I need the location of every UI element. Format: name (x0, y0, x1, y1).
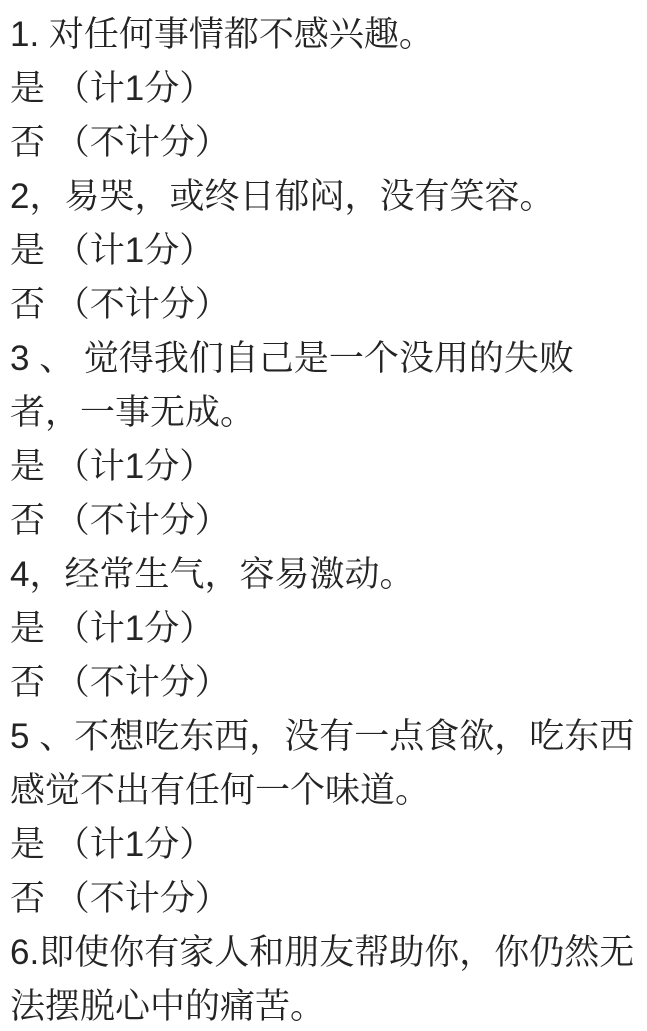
question-5: 5 、不想吃东西，没有一点食欲，吃东西感觉不出有任何一个味道。 是 （计1分） … (10, 710, 637, 926)
question-3-prompt: 3 、 觉得我们自己是一个没用的失败者，一事无成。 (10, 332, 637, 440)
questionnaire-page: 1. 对任何事情都不感兴趣。 是 （计1分） 否 （不计分） 2，易哭，或终日郁… (0, 0, 647, 1031)
question-3-option-no[interactable]: 否 （不计分） (10, 494, 637, 548)
question-5-option-no[interactable]: 否 （不计分） (10, 872, 637, 926)
question-2-prompt: 2，易哭，或终日郁闷，没有笑容。 (10, 170, 637, 224)
question-2-option-no[interactable]: 否 （不计分） (10, 278, 637, 332)
question-4-option-no[interactable]: 否 （不计分） (10, 656, 637, 710)
question-4-prompt: 4，经常生气，容易激动。 (10, 548, 637, 602)
question-3: 3 、 觉得我们自己是一个没用的失败者，一事无成。 是 （计1分） 否 （不计分… (10, 332, 637, 548)
question-4: 4，经常生气，容易激动。 是 （计1分） 否 （不计分） (10, 548, 637, 710)
question-1-option-no[interactable]: 否 （不计分） (10, 116, 637, 170)
question-1: 1. 对任何事情都不感兴趣。 是 （计1分） 否 （不计分） (10, 8, 637, 170)
question-2: 2，易哭，或终日郁闷，没有笑容。 是 （计1分） 否 （不计分） (10, 170, 637, 332)
question-4-option-yes[interactable]: 是 （计1分） (10, 602, 637, 656)
question-1-option-yes[interactable]: 是 （计1分） (10, 62, 637, 116)
question-6-prompt: 6.即使你有家人和朋友帮助你，你仍然无法摆脱心中的痛苦。 (10, 926, 637, 1031)
question-6: 6.即使你有家人和朋友帮助你，你仍然无法摆脱心中的痛苦。 (10, 926, 637, 1031)
question-5-option-yes[interactable]: 是 （计1分） (10, 818, 637, 872)
question-3-option-yes[interactable]: 是 （计1分） (10, 440, 637, 494)
question-5-prompt: 5 、不想吃东西，没有一点食欲，吃东西感觉不出有任何一个味道。 (10, 710, 637, 818)
question-1-prompt: 1. 对任何事情都不感兴趣。 (10, 8, 637, 62)
question-2-option-yes[interactable]: 是 （计1分） (10, 224, 637, 278)
